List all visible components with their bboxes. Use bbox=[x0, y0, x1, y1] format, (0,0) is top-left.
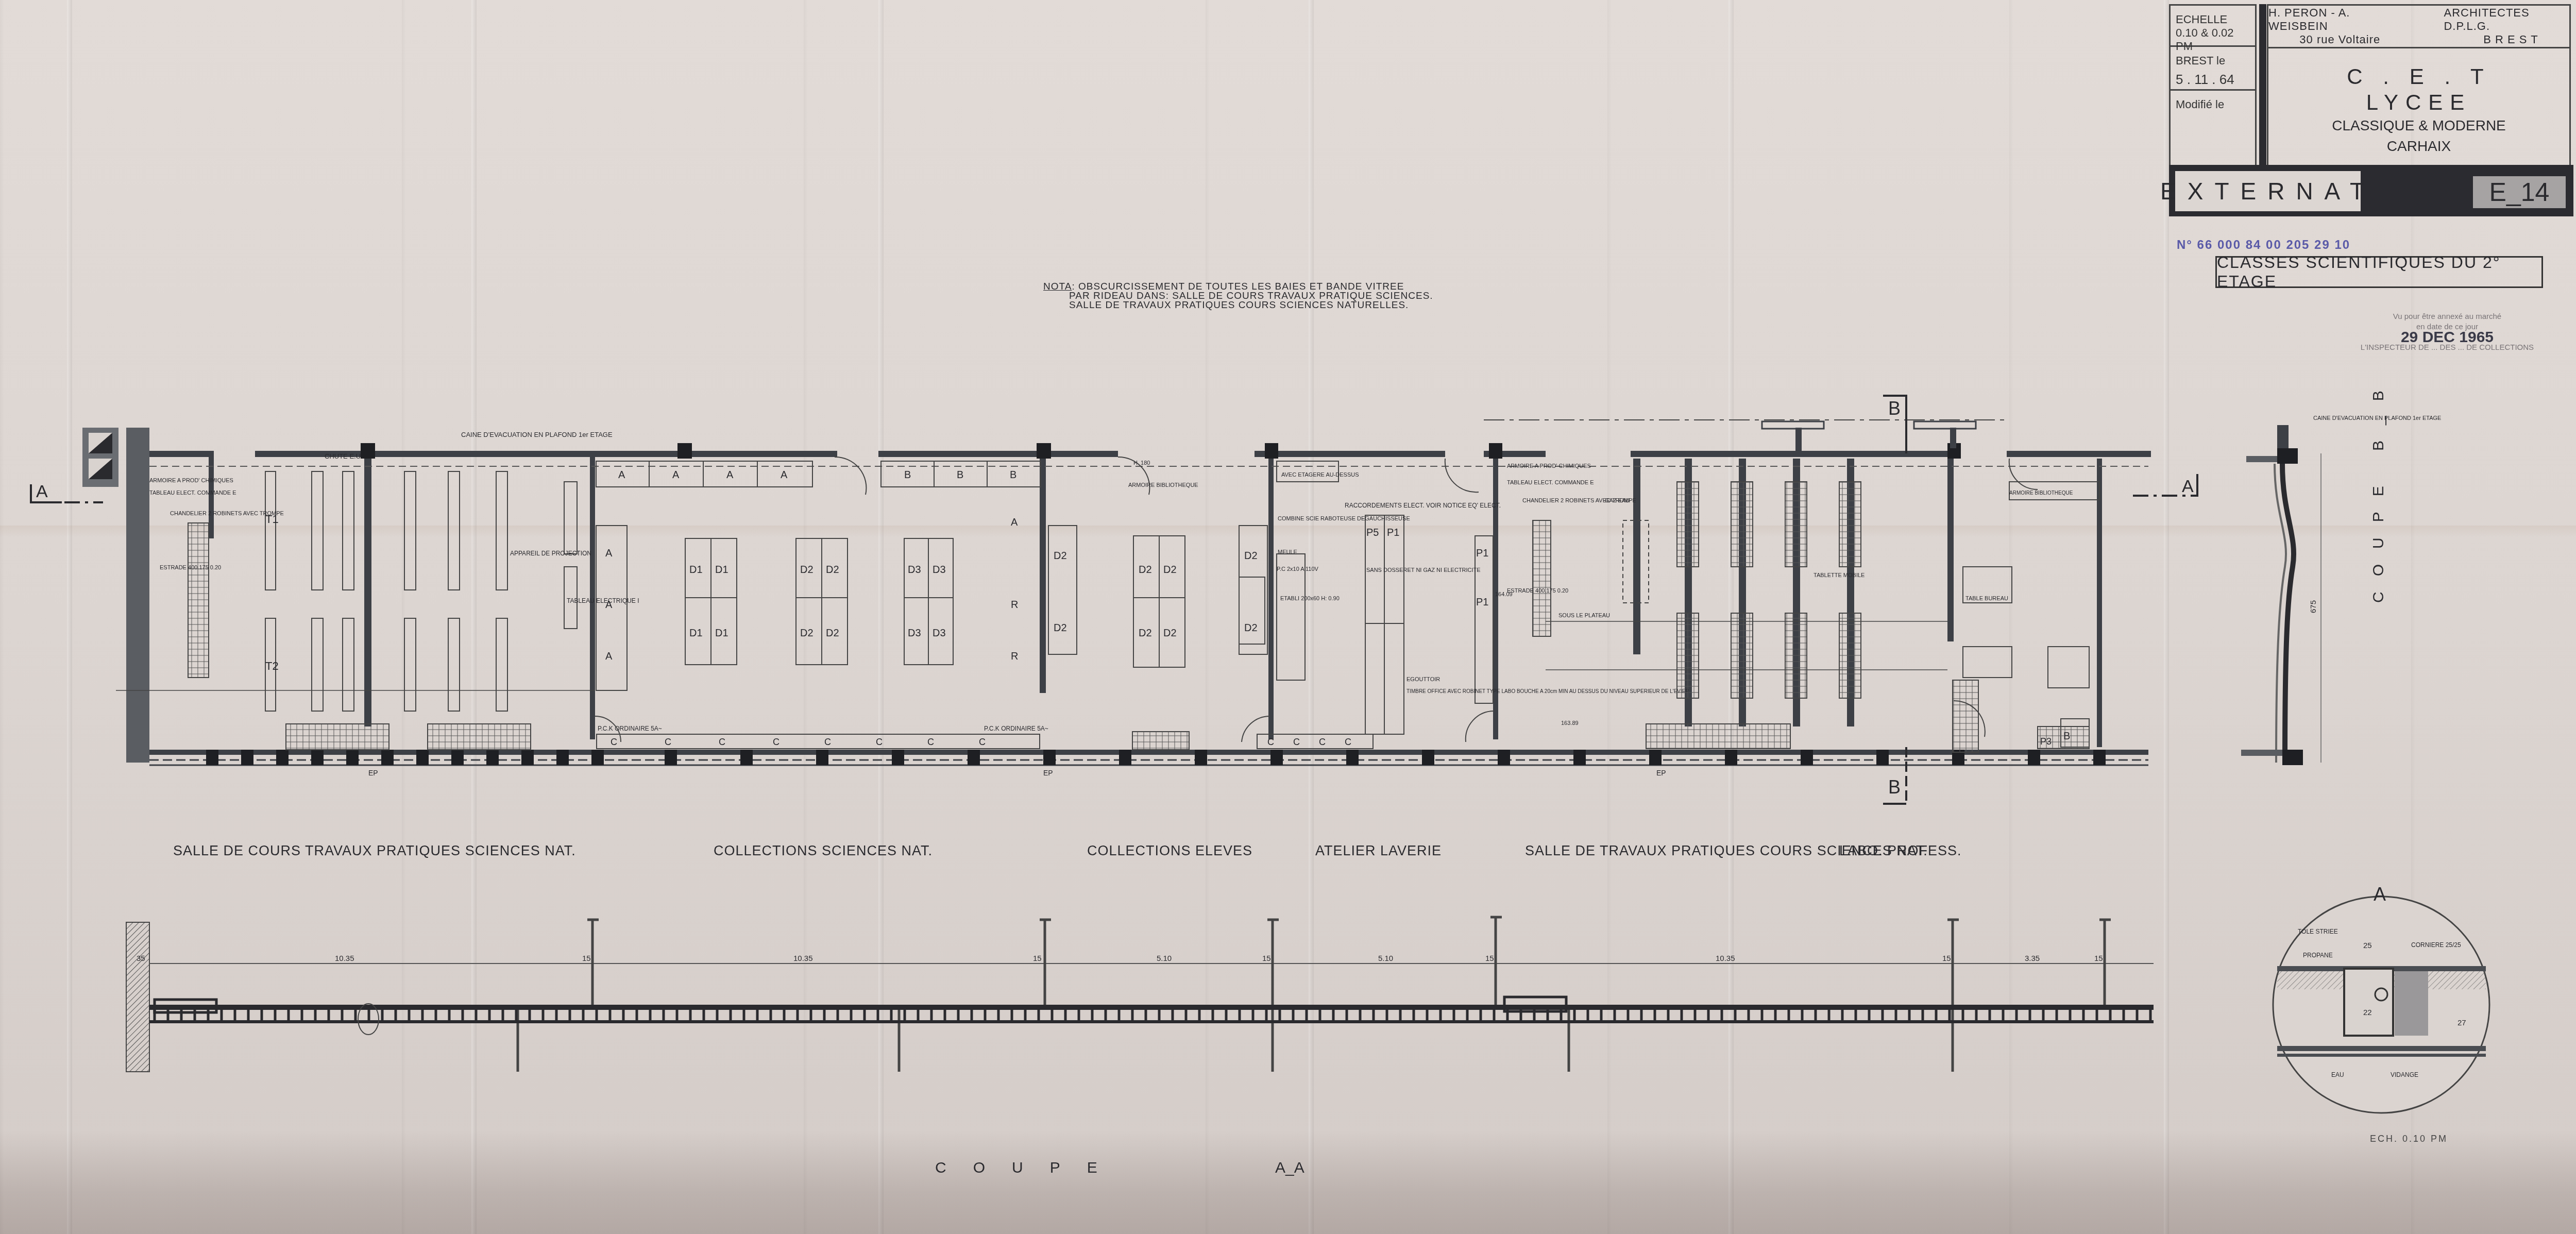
svg-text:15: 15 bbox=[1262, 954, 1271, 963]
svg-text:R: R bbox=[1011, 599, 1018, 611]
svg-text:10.35: 10.35 bbox=[793, 954, 813, 963]
annotation-caine: CAINE D'EVACUATION EN PLAFOND 1er ETAGE bbox=[461, 431, 613, 438]
svg-text:5.10: 5.10 bbox=[1157, 954, 1172, 963]
annotation-projection: APPAREIL DE PROJECTION bbox=[510, 550, 591, 557]
svg-text:C: C bbox=[824, 737, 831, 747]
svg-text:D2: D2 bbox=[826, 564, 839, 576]
level-marker: 163.89 bbox=[1561, 720, 1579, 726]
annotation-chute: CHUTE E.U bbox=[325, 452, 361, 460]
annotation-timbre-office: TIMBRE OFFICE AVEC ROBINET TYPE LABO BOU… bbox=[1406, 689, 1689, 695]
svg-text:PROPANE: PROPANE bbox=[2303, 952, 2333, 959]
sink-p1-p3 bbox=[1132, 732, 1189, 750]
ep-marker: EP bbox=[1043, 769, 1053, 777]
svg-text:C: C bbox=[1267, 737, 1274, 747]
room-label-collections-sciences: COLLECTIONS SCIENCES NAT. bbox=[714, 843, 933, 859]
display-cases bbox=[685, 526, 1267, 667]
svg-text:D2: D2 bbox=[1163, 628, 1177, 639]
annotation-tableau-electrique: TABLEAU ELECTRIQUE I bbox=[567, 597, 639, 604]
bench-code: P3 bbox=[2040, 736, 2052, 747]
section-bb-drawing bbox=[2241, 425, 2321, 765]
annotation-tableau-elect: TABLEAU ELECT. COMMANDE E bbox=[1507, 480, 1594, 486]
svg-text:22: 22 bbox=[2363, 1008, 2372, 1017]
svg-text:A: A bbox=[726, 469, 734, 481]
svg-text:C: C bbox=[773, 737, 779, 747]
room-label-labo-profess: LABO. PROFESS. bbox=[1839, 843, 1962, 859]
svg-text:TOLE STRIEE: TOLE STRIEE bbox=[2298, 928, 2338, 935]
svg-text:R: R bbox=[1011, 651, 1018, 662]
svg-text:C: C bbox=[719, 737, 725, 747]
annotation-pc-ordinaire: P.C.K ORDINAIRE 5A~ bbox=[598, 725, 662, 732]
svg-text:EAU: EAU bbox=[2331, 1071, 2344, 1078]
annotation-pc-2x10: P.C 2x10 A 110V bbox=[1277, 566, 1319, 572]
annotation-meule: MEULE bbox=[1278, 549, 1297, 555]
annotation-estrade: ESTRADE 400.175 0.20 bbox=[160, 565, 221, 571]
annotation-armoire-bibliotheque: ARMOIRE BIBLIOTHEQUE bbox=[1128, 482, 1198, 488]
svg-text:D3: D3 bbox=[933, 564, 946, 576]
section-label-b: B bbox=[1888, 776, 1901, 798]
svg-text:A: A bbox=[672, 469, 680, 481]
facade-wall bbox=[149, 750, 2148, 755]
estrade-platform bbox=[188, 523, 209, 678]
svg-text:A: A bbox=[605, 651, 613, 662]
partition-walls bbox=[209, 446, 2102, 747]
bench-code: P1 bbox=[1476, 548, 1488, 559]
svg-text:D3: D3 bbox=[933, 628, 946, 639]
svg-text:A: A bbox=[2374, 884, 2386, 905]
svg-text:15: 15 bbox=[2094, 954, 2103, 963]
svg-text:A: A bbox=[605, 548, 613, 559]
section-aa-ref: A_A bbox=[1275, 1159, 1304, 1177]
svg-text:C: C bbox=[611, 737, 617, 747]
annotation-h180: H. 180 bbox=[1133, 460, 1150, 466]
annotation-estrade: ESTRADE 400.175 0.20 bbox=[1507, 588, 1568, 594]
exterior-wall-left bbox=[126, 428, 149, 763]
room-label-atelier-laverie: ATELIER LAVERIE bbox=[1315, 843, 1442, 859]
section-label-a: A bbox=[2182, 477, 2194, 496]
svg-text:B: B bbox=[957, 469, 963, 481]
svg-text:D2: D2 bbox=[800, 564, 814, 576]
section-bb-height: 675 bbox=[2309, 600, 2318, 613]
svg-text:D2: D2 bbox=[826, 628, 839, 639]
svg-text:A: A bbox=[1011, 517, 1018, 528]
annotation-tablette: TABLETTE MOBILE bbox=[1814, 572, 1865, 579]
svg-text:C: C bbox=[1345, 737, 1351, 747]
svg-text:A: A bbox=[618, 469, 625, 481]
annotation-gaz-eau: GAZ EAU bbox=[1605, 498, 1630, 504]
svg-text:D2: D2 bbox=[1244, 550, 1258, 562]
svg-text:B: B bbox=[904, 469, 911, 481]
svg-text:15: 15 bbox=[1942, 954, 1951, 963]
svg-text:10.35: 10.35 bbox=[1716, 954, 1735, 963]
annotation-etabli: ETABLI 200x60 H: 0.90 bbox=[1280, 596, 1340, 602]
svg-text:VIDANGE: VIDANGE bbox=[2391, 1071, 2418, 1078]
display-case-labels: D1D1 D1D1 D2D2 D2D2 D3D3 D3D3 D2D2 D2D2 … bbox=[689, 550, 1258, 639]
bench-code: P1 bbox=[1387, 527, 1399, 538]
svg-text:D1: D1 bbox=[715, 564, 728, 576]
svg-text:3.35: 3.35 bbox=[2025, 954, 2040, 963]
svg-text:D2: D2 bbox=[1163, 564, 1177, 576]
labo-furniture bbox=[1963, 482, 2099, 747]
cabinets-a bbox=[596, 461, 1041, 690]
svg-text:CORNIERE 25/25: CORNIERE 25/25 bbox=[2411, 941, 2461, 949]
svg-text:D1: D1 bbox=[689, 564, 703, 576]
svg-text:D3: D3 bbox=[908, 628, 921, 639]
svg-text:C: C bbox=[927, 737, 934, 747]
annotation-combine: COMBINE SCIE RABOTEUSE DEGAUCHISSEUSE bbox=[1278, 516, 1410, 522]
svg-text:D2: D2 bbox=[1244, 622, 1258, 634]
annotation-raccordements: RACCORDEMENTS ELECT. VOIR NOTICE EQ' ELE… bbox=[1345, 502, 1501, 509]
svg-text:5.10: 5.10 bbox=[1378, 954, 1393, 963]
svg-text:A: A bbox=[605, 599, 613, 611]
section-label-a: A bbox=[36, 482, 48, 501]
svg-text:D1: D1 bbox=[689, 628, 703, 639]
room-label-salle-cours: SALLE DE COURS TRAVAUX PRATIQUES SCIENCE… bbox=[173, 843, 576, 859]
svg-text:D2: D2 bbox=[1139, 564, 1152, 576]
svg-text:C: C bbox=[979, 737, 986, 747]
annotation-sans-dosseret: SANS DOSSERET NI GAZ NI ELECTRICITE bbox=[1366, 567, 1481, 573]
annotation-armoire: ARMOIRE A PROD' CHIMIQUES bbox=[149, 478, 233, 484]
svg-text:D2: D2 bbox=[1054, 622, 1067, 634]
floor-plan-drawing: A bbox=[0, 0, 2576, 1234]
svg-text:D3: D3 bbox=[908, 564, 921, 576]
bench-code: P1 bbox=[1476, 597, 1488, 608]
room-label-collections-eleves: COLLECTIONS ELEVES bbox=[1087, 843, 1252, 859]
section-aa-dimensions: 35 10.35 15 10.35 15 5.10 15 5.10 15 10.… bbox=[137, 954, 2103, 963]
svg-text:15: 15 bbox=[1485, 954, 1494, 963]
cabinet-c-labels: CC CC CC CC CC CC bbox=[611, 737, 1351, 747]
svg-text:10.35: 10.35 bbox=[335, 954, 354, 963]
annotation-egouttoir: EGOUTTOIR bbox=[1406, 677, 1440, 683]
section-aa-title: COUPE bbox=[935, 1159, 1124, 1177]
lab-benches-room1 bbox=[265, 471, 577, 711]
svg-text:15: 15 bbox=[1033, 954, 1042, 963]
section-aa-drawing bbox=[126, 917, 2154, 1072]
svg-text:B: B bbox=[1010, 469, 1016, 481]
svg-text:C: C bbox=[876, 737, 883, 747]
svg-text:A: A bbox=[781, 469, 788, 481]
svg-text:D2: D2 bbox=[1054, 550, 1067, 562]
svg-text:D2: D2 bbox=[800, 628, 814, 639]
bench-code: P5 bbox=[1366, 527, 1379, 538]
scale-note: ECH. 0.10 PM bbox=[2370, 1134, 2448, 1144]
svg-text:D1: D1 bbox=[715, 628, 728, 639]
section-bb-title: COUPE B_B bbox=[2370, 375, 2387, 603]
svg-text:C: C bbox=[1293, 737, 1300, 747]
annotation-table-bureau: TABLE BUREAU bbox=[1965, 596, 2008, 602]
svg-text:15: 15 bbox=[582, 954, 591, 963]
section-label-b: B bbox=[1888, 398, 1901, 419]
annotation-armoire-bibliotheque: ARMOIRE BIBLIOTHEQUE bbox=[2009, 491, 2073, 496]
svg-text:C: C bbox=[665, 737, 671, 747]
bench-code: B bbox=[2063, 731, 2070, 742]
annotation-pc-ordinaire: P.C.K ORDINAIRE 5A~ bbox=[984, 725, 1048, 732]
annotation-sous-plateau: SOUS LE PLATEAU bbox=[1558, 613, 1610, 619]
svg-text:C: C bbox=[1319, 737, 1326, 747]
svg-text:35: 35 bbox=[137, 954, 145, 963]
sink-bench bbox=[286, 724, 389, 750]
annotation-avec-etagere: AVEC ETAGERE AU-DESSUS bbox=[1281, 472, 1359, 478]
svg-text:25: 25 bbox=[2363, 941, 2372, 950]
bench-code: T2 bbox=[265, 660, 279, 672]
annotation-tableau-elect: TABLEAU ELECT. COMMANDE E bbox=[149, 490, 236, 496]
annotation-chandelier: CHANDELIER 2 ROBINETS AVEC TROMPE bbox=[170, 511, 284, 517]
sink-bench bbox=[1646, 724, 1790, 749]
svg-text:D2: D2 bbox=[1139, 628, 1152, 639]
top-wall bbox=[149, 451, 2151, 457]
annotation-armoire: ARMOIRE A PROD' CHIMIQUES bbox=[1507, 463, 1591, 469]
ep-marker: EP bbox=[1656, 769, 1666, 777]
ep-marker: EP bbox=[368, 769, 378, 777]
svg-text:27: 27 bbox=[2458, 1019, 2466, 1027]
estrade-platform-2 bbox=[1533, 520, 1551, 636]
